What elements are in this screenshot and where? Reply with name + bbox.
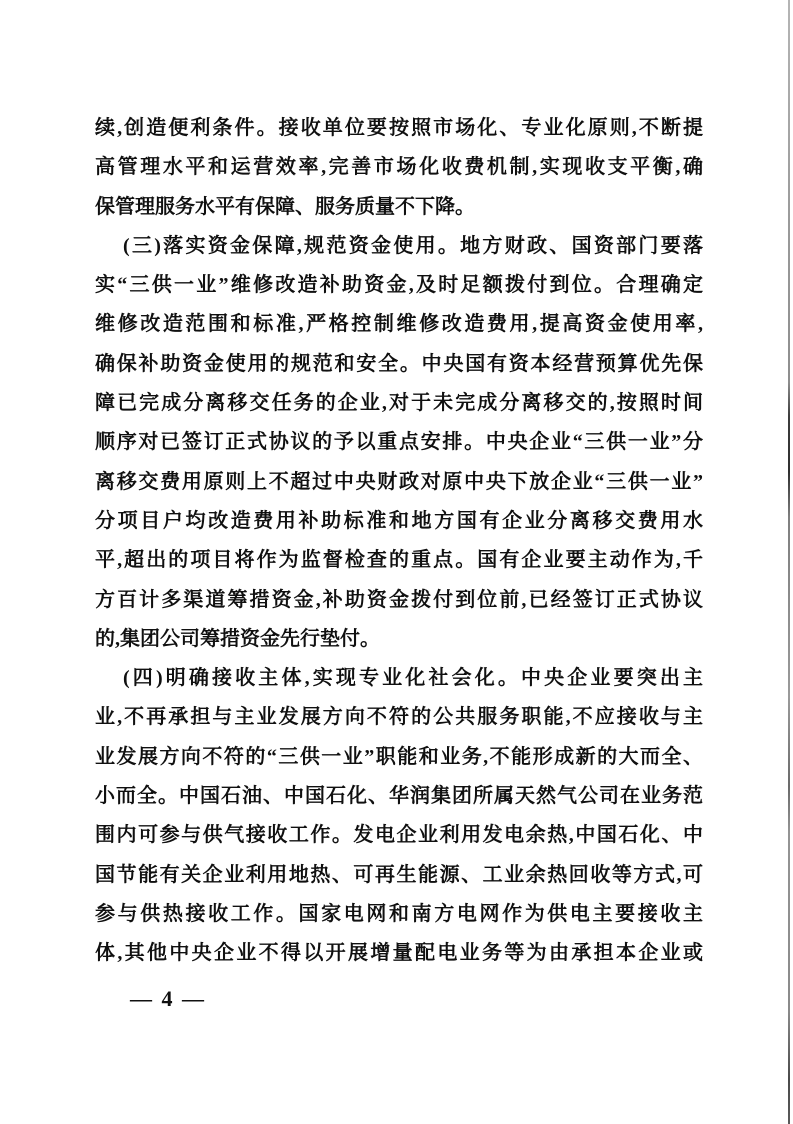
text-line: 续,创造便利条件。接收单位要按照市场化、专业化原则,不断提 bbox=[95, 109, 703, 148]
text-line: 体,其他中央企业不得以开展增量配电业务等为由承担本企业或 bbox=[95, 934, 703, 973]
text-line: 分项目户均改造费用补助标准和地方国有企业分离移交费用水 bbox=[95, 502, 703, 541]
text-line: (三)落实资金保障,规范资金使用。地方财政、国资部门要落 bbox=[95, 227, 703, 266]
text-line: 保管理服务水平有保障、服务质量不下降。 bbox=[95, 188, 703, 227]
text-line: 顺序对已签订正式协议的予以重点安排。中央企业“三供一业”分 bbox=[95, 423, 703, 462]
text-line: 离移交费用原则上不超过中央财政对原中央下放企业“三供一业” bbox=[95, 463, 703, 502]
text-line: 实“三供一业”维修改造补助资金,及时足额拨付到位。合理确定 bbox=[95, 266, 703, 305]
text-line: 维修改造范围和标准,严格控制维修改造费用,提高资金使用率, bbox=[95, 305, 703, 344]
text-line: 高管理水平和运营效率,完善市场化收费机制,实现收支平衡,确 bbox=[95, 148, 703, 187]
text-line: 确保补助资金使用的规范和安全。中央国有资本经营预算优先保 bbox=[95, 345, 703, 384]
text-line: 国节能有关企业利用地热、可再生能源、工业余热回收等方式,可 bbox=[95, 856, 703, 895]
text-line: 参与供热接收工作。国家电网和南方电网作为供电主要接收主 bbox=[95, 895, 703, 934]
page-footer: — 4 — bbox=[130, 986, 206, 1012]
document-page: 续,创造便利条件。接收单位要按照市场化、专业化原则,不断提高管理水平和运营效率,… bbox=[0, 0, 793, 1124]
document-body: 续,创造便利条件。接收单位要按照市场化、专业化原则,不断提高管理水平和运营效率,… bbox=[95, 109, 703, 974]
text-line: 业发展方向不符的“三供一业”职能和业务,不能形成新的大而全、 bbox=[95, 738, 703, 777]
text-line: 障已完成分离移交任务的企业,对于未完成分离移交的,按照时间 bbox=[95, 384, 703, 423]
text-line: 围内可参与供气接收工作。发电企业利用发电余热,中国石化、中 bbox=[95, 816, 703, 855]
text-line: 业,不再承担与主业发展方向不符的公共服务职能,不应接收与主 bbox=[95, 698, 703, 737]
text-line: (四)明确接收主体,实现专业化社会化。中央企业要突出主 bbox=[95, 659, 703, 698]
text-line: 的,集团公司筹措资金先行垫付。 bbox=[95, 620, 703, 659]
scan-edge-line bbox=[788, 0, 790, 1124]
page-number: — 4 — bbox=[130, 986, 206, 1011]
text-line: 方百计多渠道筹措资金,补助资金拨付到位前,已经签订正式协议 bbox=[95, 581, 703, 620]
text-line: 小而全。中国石油、中国石化、华润集团所属天然气公司在业务范 bbox=[95, 777, 703, 816]
text-line: 平,超出的项目将作为监督检查的重点。国有企业要主动作为,千 bbox=[95, 541, 703, 580]
